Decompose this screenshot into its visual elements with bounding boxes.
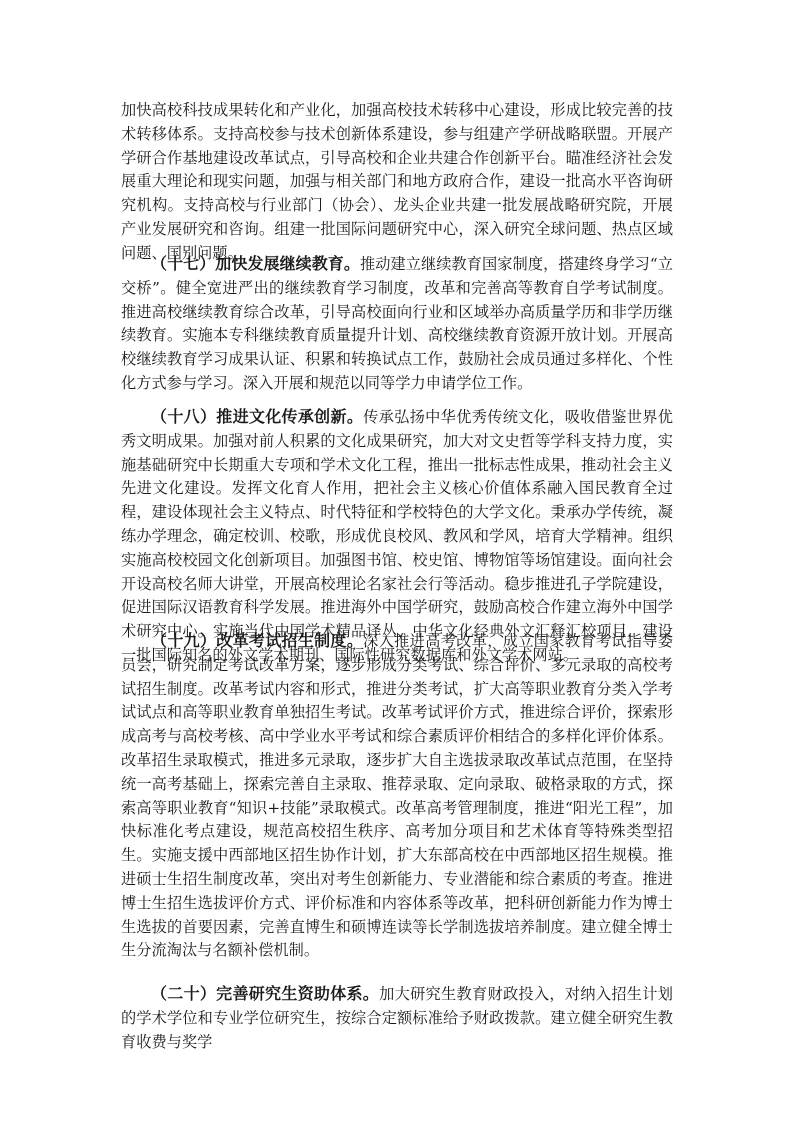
section-heading: （二十）完善研究生资助体系。 [151, 984, 379, 1003]
section-heading: （十七）加快发展继续教育。 [151, 254, 360, 273]
paragraph-body: 传承弘扬中华优秀传统文化，吸收借鉴世界优秀文明成果。加强对前人积累的文化成果研究… [121, 408, 673, 664]
paragraph-20-graduate-funding: （二十）完善研究生资助体系。加大研究生教育财政投入，对纳入招生计划的学术学位和专… [121, 982, 673, 1054]
paragraph-body: 推动建立继续教育国家制度，搭建终身学习“立交桥”。健全宽进严出的继续教育学习制度… [121, 255, 673, 392]
paragraph-body: 加快高校科技成果转化和产业化，加强高校技术转移中心建设，形成比较完善的技术转移体… [121, 101, 673, 262]
section-heading: （十八）推进文化传承创新。 [151, 407, 363, 426]
document-page: 加快高校科技成果转化和产业化，加强高校技术转移中心建设，形成比较完善的技术转移体… [0, 0, 793, 1122]
paragraph-tech-transfer: 加快高校科技成果转化和产业化，加强高校技术转移中心建设，形成比较完善的技术转移体… [121, 99, 673, 266]
paragraph-17-continuing-education: （十七）加快发展继续教育。推动建立继续教育国家制度，搭建终身学习“立交桥”。健全… [121, 252, 673, 396]
paragraph-body: 深入推进高考改革，成立国家教育考试指导委员会，研究制定考试改革方案，逐步形成分类… [121, 632, 673, 959]
paragraph-19-exam-admission-reform: （十九）改革考试招生制度。深入推进高考改革，成立国家教育考试指导委员会，研究制定… [121, 629, 673, 963]
section-heading: （十九）改革考试招生制度。 [151, 631, 363, 650]
